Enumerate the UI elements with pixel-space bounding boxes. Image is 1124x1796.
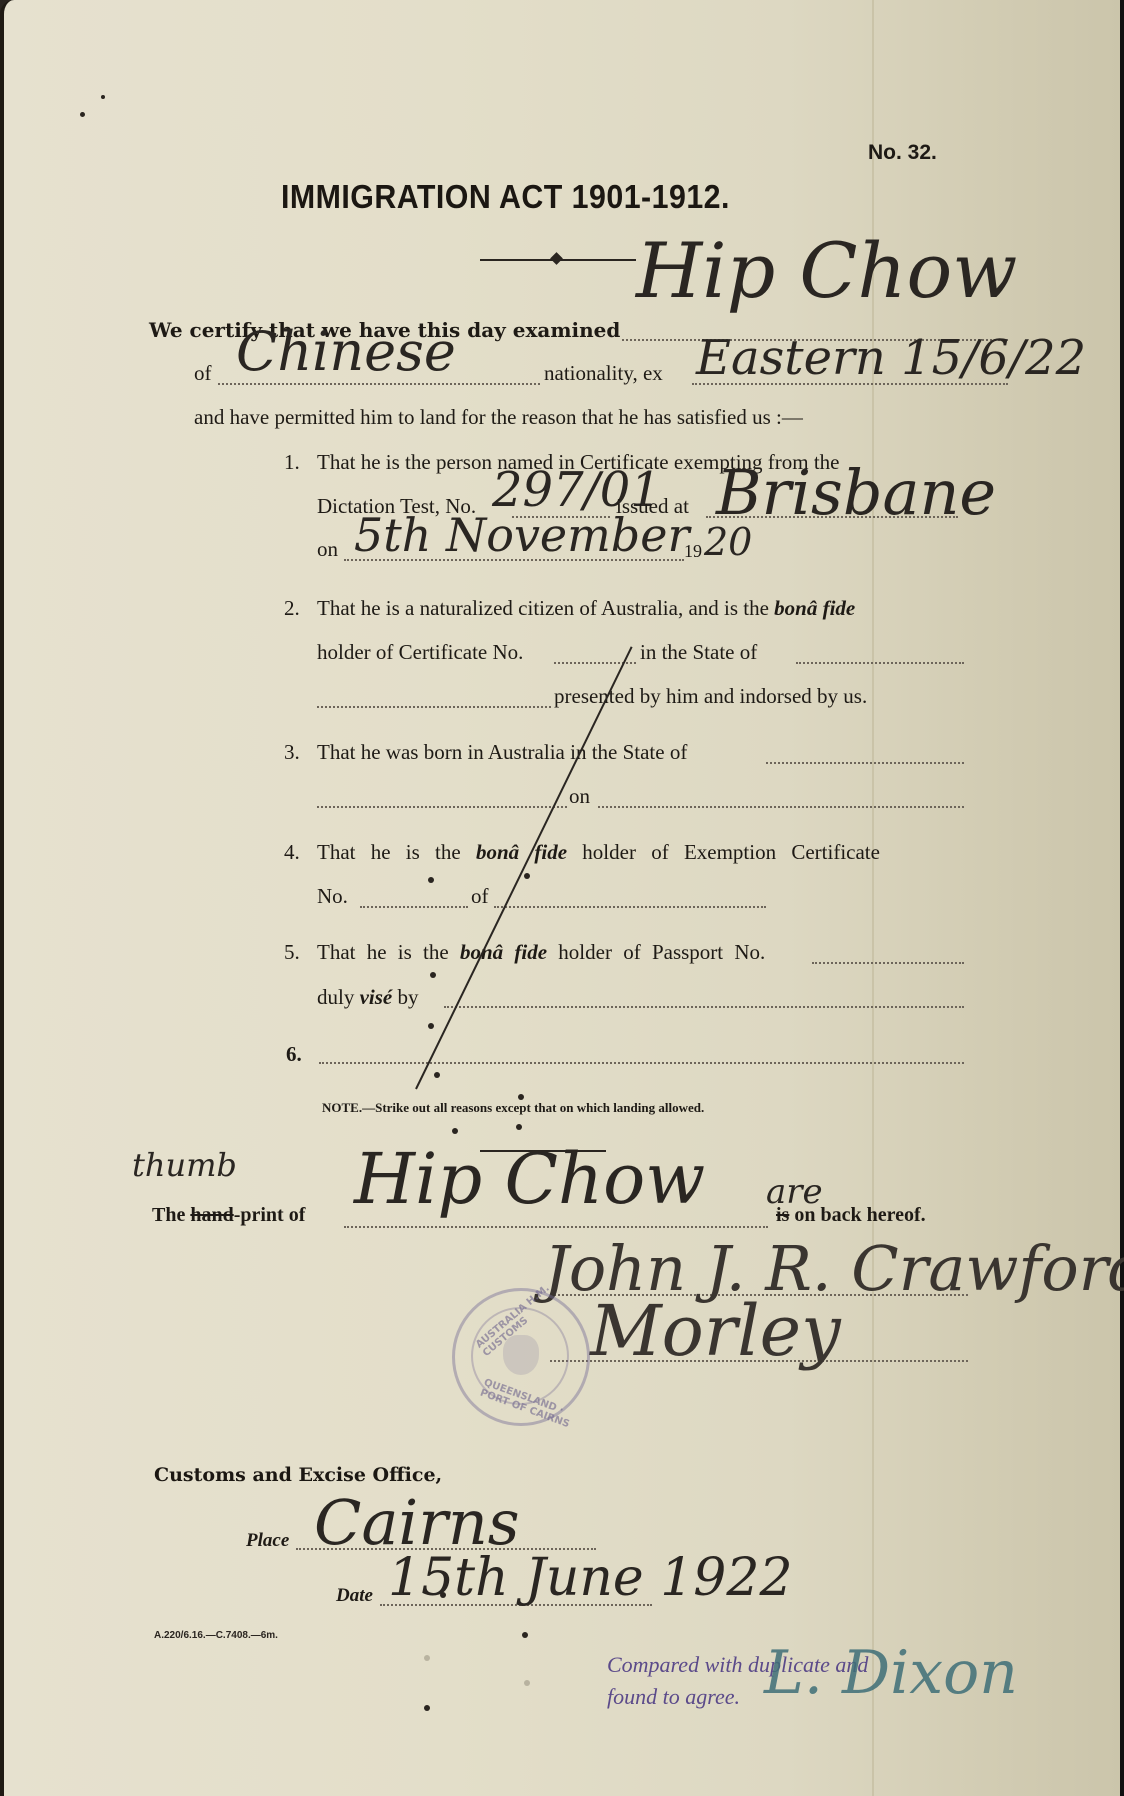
punch-hole <box>522 1632 528 1638</box>
office-heading: Customs and Excise Office, <box>154 1464 442 1486</box>
reason-5-line2: duly visé by <box>317 985 419 1010</box>
stamp-top-text: AUSTRALIA H.M. CUSTOMS <box>474 1265 580 1359</box>
reason-1-number: 1. <box>284 450 300 475</box>
note-text: —Strike out all reasons except that on w… <box>362 1100 704 1115</box>
page-title: IMMIGRATION ACT 1901-1912. <box>281 178 730 216</box>
certificate-no-label: holder of Certificate No. <box>317 640 523 665</box>
reason-6-line <box>319 1062 964 1064</box>
punch-hole <box>452 1128 458 1134</box>
coat-of-arms-icon <box>503 1335 539 1375</box>
reason-2-number: 2. <box>284 596 300 621</box>
reason-2-line1-text: That he is a naturalized citizen of Aust… <box>317 596 769 620</box>
handprint-on-back: on back hereof. <box>794 1204 925 1226</box>
reason-4-line1: That he is the bonâ fide holder of Exemp… <box>317 840 880 865</box>
year-handwritten: 20 <box>704 520 752 564</box>
vessel-handwritten: Eastern 15/6/22 <box>696 330 1086 386</box>
reason-3-number: 3. <box>284 740 300 765</box>
stamp-bottom-text: QUEENSLAND · PORT OF CAIRNS <box>478 1377 587 1435</box>
presented-line <box>317 706 551 708</box>
born-on-line-left <box>317 806 567 808</box>
verification-stamp-line2: found to agree. <box>607 1684 740 1710</box>
nationality-handwritten: Chinese <box>236 320 456 383</box>
reason-6-number: 6. <box>286 1042 302 1067</box>
exemption-no-label: No. <box>317 884 348 909</box>
on-label: on <box>317 537 338 562</box>
handprint-print-of: -print of <box>234 1204 306 1226</box>
issued-on-handwritten: 5th November <box>354 508 689 562</box>
verifier-signature: L. Dixon <box>764 1638 1018 1708</box>
issued-at-handwritten: Brisbane <box>716 456 996 529</box>
note: NOTE.—Strike out all reasons except that… <box>322 1100 704 1116</box>
state-line <box>796 662 964 664</box>
note-label: NOTE. <box>322 1100 362 1115</box>
of-label: of <box>194 361 212 386</box>
permitted-text: and have permitted him to land for the r… <box>194 405 803 430</box>
punch-hole <box>428 877 434 883</box>
reason-4-suffix: holder of Exemption Certificate <box>582 840 880 864</box>
bona-fide-text: bonâ fide <box>460 940 547 964</box>
exemption-of-line <box>494 906 766 908</box>
printer-code: A.220/6.16.—C.7408.—6m. <box>154 1630 278 1641</box>
signature-morley: Morley <box>590 1290 841 1372</box>
paper-speck <box>101 95 105 99</box>
thumb-correction-handwritten: thumb <box>132 1146 237 1184</box>
handprint-divider <box>480 1150 606 1152</box>
divider-ornament <box>550 252 563 265</box>
reason-2-line1: That he is a naturalized citizen of Aust… <box>317 596 855 621</box>
passport-no-line <box>812 962 964 964</box>
date-label: Date <box>336 1585 373 1607</box>
year-prefix: 19 <box>684 541 702 562</box>
page-edge <box>1120 0 1124 1796</box>
vise-text: visé <box>360 985 393 1009</box>
paper-speck <box>80 112 85 117</box>
reason-4-number: 4. <box>284 840 300 865</box>
handprint-name-line <box>344 1226 768 1228</box>
reason-3-line1: That he was born in Australia in the Sta… <box>317 740 687 765</box>
nationality-label: nationality, ex <box>544 361 663 386</box>
place-label: Place <box>246 1530 289 1552</box>
bona-fide-text: bonâ fide <box>476 840 567 864</box>
exemption-of-label: of <box>471 884 489 909</box>
customs-seal-stamp: AUSTRALIA H.M. CUSTOMS QUEENSLAND · PORT… <box>452 1288 590 1426</box>
punch-hole <box>424 1705 430 1711</box>
state-of-label: in the State of <box>640 640 757 665</box>
nationality-field-line <box>218 383 540 385</box>
reason-5-prefix: That he is the <box>317 940 449 964</box>
certificate-page: No. 32. IMMIGRATION ACT 1901-1912. We ce… <box>0 0 1120 1796</box>
reason-5-line1: That he is the bonâ fide holder of Passp… <box>317 940 765 965</box>
examined-name-handwritten: Hip Chow <box>636 226 1017 315</box>
punch-hole <box>424 1655 430 1661</box>
nationality-label-text: nationality, ex <box>544 361 663 385</box>
duly-text: duly <box>317 985 354 1009</box>
born-state-line <box>766 762 964 764</box>
form-number: No. 32. <box>868 141 937 165</box>
vise-by-line <box>444 1006 964 1008</box>
reason-4-prefix: That he is the <box>317 840 461 864</box>
strike-out-line <box>415 646 632 1089</box>
exemption-no-line <box>360 906 468 908</box>
punch-hole <box>524 873 530 879</box>
date-handwritten: 15th June 1922 <box>388 1548 793 1608</box>
born-on-line <box>598 806 964 808</box>
punch-hole <box>428 1023 434 1029</box>
punch-hole <box>434 1072 440 1078</box>
handprint-the: The <box>152 1204 185 1226</box>
handprint-text: The hand-print of <box>152 1204 305 1227</box>
handprint-struck-hand: hand <box>190 1204 233 1226</box>
punch-hole <box>516 1124 522 1130</box>
handprint-struck-is: is <box>776 1204 789 1226</box>
reason-5-number: 5. <box>284 940 300 965</box>
by-text: by <box>398 985 419 1009</box>
reason-5-suffix: holder of Passport No. <box>558 940 765 964</box>
born-on-label: on <box>569 784 590 809</box>
punch-hole <box>524 1680 530 1686</box>
bona-fide-text: bonâ fide <box>774 596 855 620</box>
handprint-ending: is on back hereof. <box>776 1204 926 1227</box>
punch-hole <box>430 972 436 978</box>
